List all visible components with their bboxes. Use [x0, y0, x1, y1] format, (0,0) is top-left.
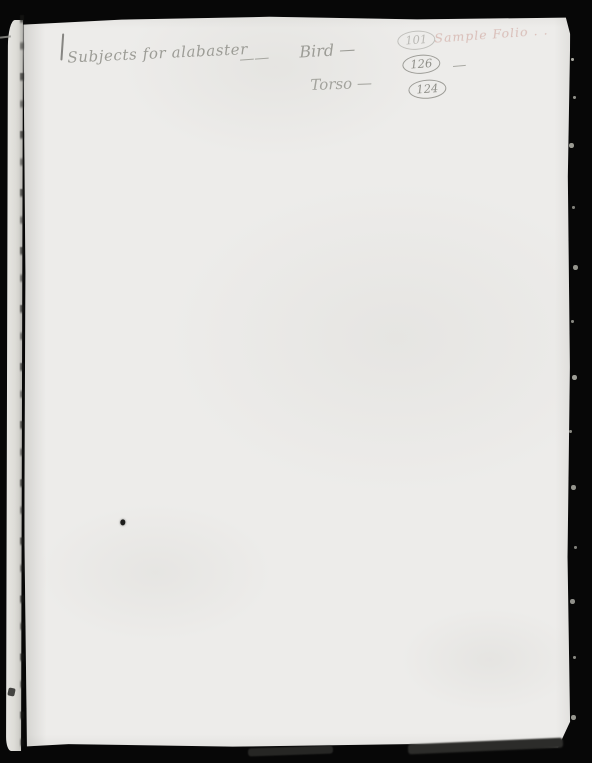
inscription-torso: Torso —	[310, 74, 372, 94]
sketchbook-page: Subjects for alabaster —— Bird — Torso —…	[23, 15, 572, 748]
ragged-edge-flecks	[571, 58, 574, 61]
sketchbook-photo: Subjects for alabaster —— Bird — Torso —…	[0, 0, 592, 763]
inscription-long-dash: ——	[239, 48, 270, 68]
gutter-crease	[20, 15, 24, 749]
ink-speck	[120, 519, 125, 525]
underlying-page-edge	[248, 746, 333, 757]
inscription-bird: Bird —	[299, 39, 356, 61]
inscription-number-dash: —	[452, 57, 467, 74]
paper-texture-overlay	[23, 15, 572, 748]
